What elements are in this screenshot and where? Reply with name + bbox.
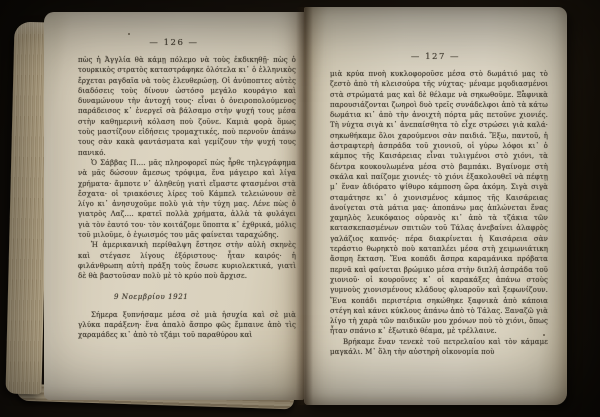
paper-speck [128,33,130,35]
paragraph: πὼς ἡ Ἀγγλία θὰ κάμῃ πόλεμο νὰ τοὺς ἐκδι… [78,55,296,158]
right-text-block: μιὰ κρύα πνοὴ κυκλοφοροῦσε μέσα στὸ δωμά… [330,69,548,357]
date-heading: 9 Νοεμβρίου 1921 [114,292,296,302]
book-photo: — 126 — πὼς ἡ Ἀγγλία θὰ κάμῃ πόλεμο νὰ τ… [0,0,600,417]
paragraph: Ἡ ἀμερικανικὴ περίθαλψη ἔστησε στὴν αὐλὴ… [78,240,296,281]
paper-speck [505,86,507,88]
paragraph: Ὁ Σάββας Π.... μᾶς πληροφορεῖ πὼς ἦρθε τ… [78,158,296,240]
page-number-right: — 127 — [304,52,567,62]
page-number-left: — 126 — [44,38,304,48]
paragraph: Σήμερα ξυπνήσαμε μέσα σὲ μιὰ ἡσυχία καὶ … [78,310,296,341]
left-page: — 126 — πὼς ἡ Ἀγγλία θὰ κάμῃ πόλεμο νὰ τ… [44,12,304,400]
left-text-block: πὼς ἡ Ἀγγλία θὰ κάμῃ πόλεμο νὰ τοὺς ἐκδι… [78,55,296,341]
paragraph: Βρήκαμε ἕναν τενεκὲ τοῦ πετρελαίου καὶ τ… [330,337,548,358]
paragraph: μιὰ κρύα πνοὴ κυκλοφοροῦσε μέσα στὸ δωμά… [330,69,548,337]
paper-speck [522,90,524,92]
right-page: — 127 — μιὰ κρύα πνοὴ κυκλοφοροῦσε μέσα … [304,7,567,405]
